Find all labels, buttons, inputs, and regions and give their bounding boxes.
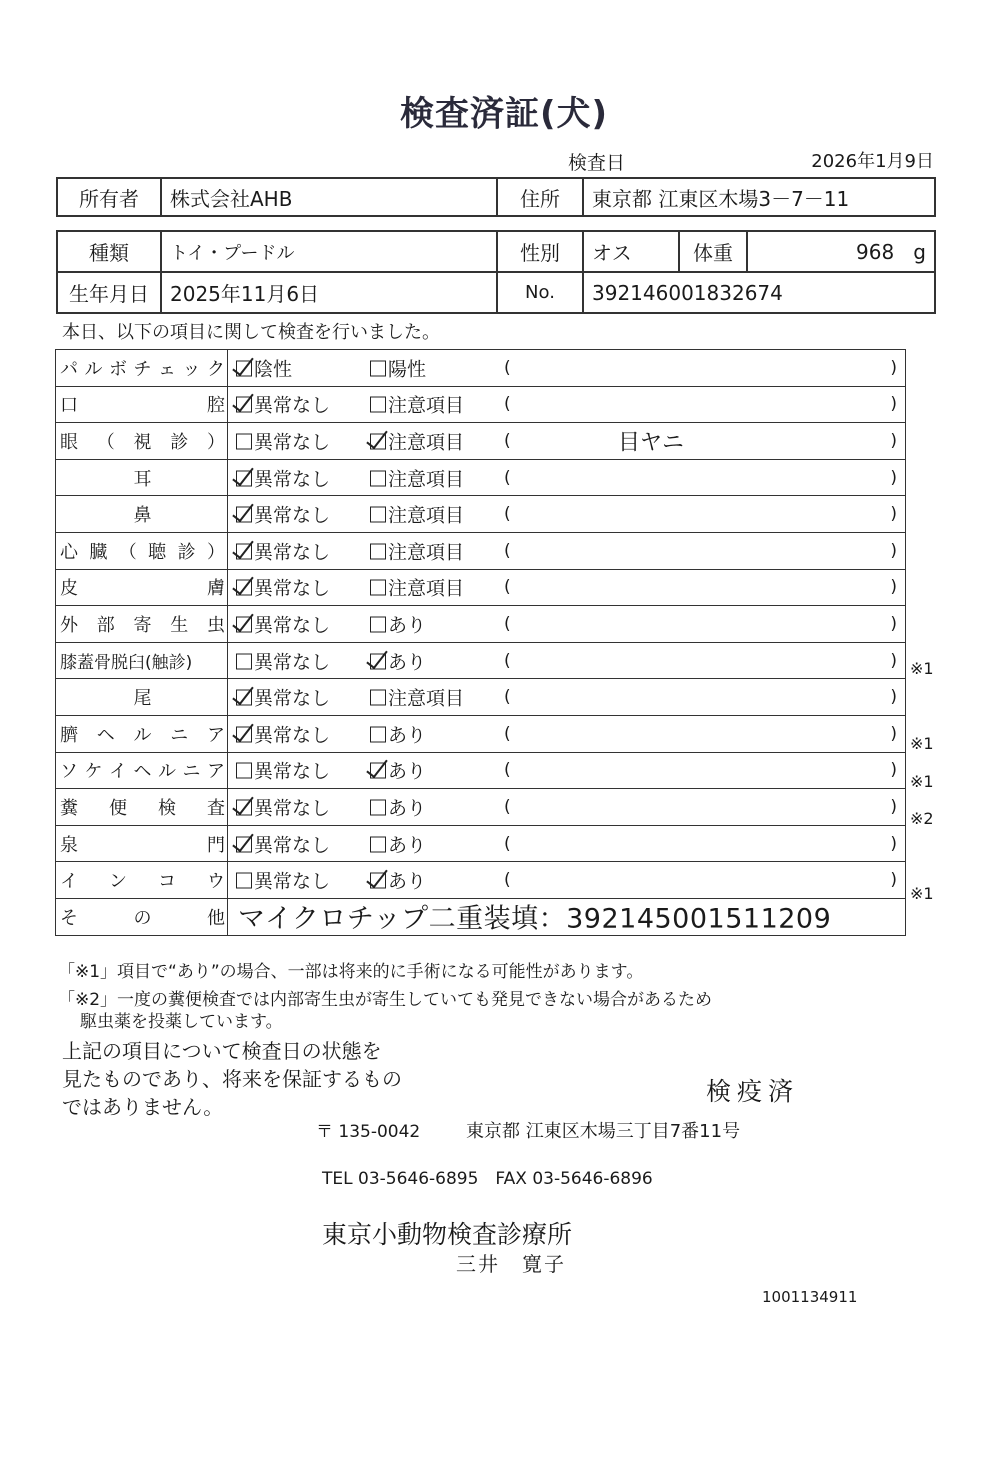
- checklist-options: 異常なしあり(): [228, 789, 906, 826]
- checkbox-label: あり: [388, 614, 426, 636]
- checkbox-option[interactable]: 異常なし: [236, 610, 330, 637]
- checkbox-label: あり: [388, 871, 426, 893]
- checkbox-option[interactable]: 注意項目: [370, 537, 464, 564]
- checkbox-label: 陽性: [388, 358, 426, 380]
- sex-value: オス: [583, 231, 679, 272]
- remark-paren-close: ): [890, 358, 897, 378]
- checklist-row: 尾異常なし注意項目(): [56, 679, 906, 716]
- checkbox-checked-icon[interactable]: [236, 360, 252, 376]
- checklist-row: 鼻異常なし注意項目(): [56, 496, 906, 533]
- checklist-row: 臍ヘルニア異常なしあり(): [56, 715, 906, 752]
- checklist-item-label: その他: [56, 898, 228, 935]
- checkbox-checked-icon[interactable]: [236, 580, 252, 596]
- item-label-char: ）: [207, 538, 225, 564]
- weight-unit: g: [913, 240, 926, 264]
- checkbox-option[interactable]: 注意項目: [370, 391, 464, 418]
- item-label-char: 聴: [148, 538, 166, 564]
- remark-paren-open: (: [504, 724, 511, 744]
- checkbox-option[interactable]: あり: [370, 610, 426, 637]
- checkbox-option[interactable]: 異常なし: [236, 793, 330, 820]
- checklist-options: 異常なし注意項目(): [228, 496, 906, 533]
- checkbox-label: 異常なし: [254, 651, 330, 673]
- remark-paren-open: (: [504, 504, 511, 524]
- item-label-char: （: [97, 428, 115, 454]
- checkbox-empty-icon[interactable]: [236, 763, 252, 779]
- item-label-char: の: [134, 904, 152, 930]
- checklist-item-label: 口腔: [56, 386, 228, 423]
- checkbox-option[interactable]: 注意項目: [370, 574, 464, 601]
- owner-table: 所有者 株式会社AHB 住所 東京都 江東区木場3－7－11: [56, 177, 936, 217]
- item-label-char: 糞: [60, 794, 78, 820]
- item-label-char: イ: [60, 867, 78, 893]
- checkbox-label: 異常なし: [254, 834, 330, 856]
- checkbox-label: 異常なし: [254, 541, 330, 563]
- checkbox-label: 異常なし: [254, 431, 330, 453]
- checkbox-option[interactable]: 異常なし: [236, 720, 330, 747]
- checkbox-option[interactable]: あり: [370, 867, 426, 894]
- checkbox-option[interactable]: 異常なし: [236, 574, 330, 601]
- checkbox-label: 異常なし: [254, 761, 330, 783]
- weight-label: 体重: [679, 231, 747, 272]
- checkbox-option[interactable]: 異常なし: [236, 427, 330, 454]
- checkbox-empty-icon[interactable]: [370, 580, 386, 596]
- item-label-char: ソ: [60, 757, 78, 783]
- checklist-row: 糞便検査異常なしあり(): [56, 789, 906, 826]
- checkbox-label: 注意項目: [388, 468, 464, 490]
- footnote-marker: ※1: [910, 659, 934, 678]
- checklist-item-label: 鼻: [56, 496, 228, 533]
- checkbox-checked-icon[interactable]: [370, 873, 386, 889]
- checkbox-empty-icon[interactable]: [370, 690, 386, 706]
- checklist-item-label: 糞便検査: [56, 789, 228, 826]
- sex-label: 性別: [497, 231, 583, 272]
- checkbox-empty-icon[interactable]: [370, 470, 386, 486]
- checkbox-label: あり: [388, 651, 426, 673]
- checkbox-checked-icon[interactable]: [236, 690, 252, 706]
- remark-paren-close: ): [890, 687, 897, 707]
- checklist-row: 口腔異常なし注意項目(): [56, 386, 906, 423]
- remark-paren-close: ): [890, 870, 897, 890]
- checklist-item-label: 皮膚: [56, 569, 228, 606]
- checklist-options: 異常なし注意項目(): [228, 569, 906, 606]
- item-label-char: ヘ: [97, 721, 115, 747]
- item-label-char: チ: [134, 355, 152, 381]
- item-label-char: ケ: [85, 757, 103, 783]
- item-label-char: 診: [170, 428, 188, 454]
- checklist-item-label: 臍ヘルニア: [56, 715, 228, 752]
- footnote-marker: ※1: [910, 884, 934, 903]
- checklist-item-label: 泉門: [56, 825, 228, 862]
- remark-paren-open: (: [504, 651, 511, 671]
- item-label-char: 生: [170, 611, 188, 637]
- checklist-row: 泉門異常なしあり(): [56, 825, 906, 862]
- remark-paren-open: (: [504, 431, 511, 451]
- item-label-char: 膝蓋骨脱臼(触診): [60, 648, 192, 673]
- checkbox-checked-icon[interactable]: [236, 507, 252, 523]
- checkbox-option[interactable]: 注意項目: [370, 684, 464, 711]
- item-label-char: 部: [97, 611, 115, 637]
- remark-paren-open: (: [504, 614, 511, 634]
- checkbox-option[interactable]: 異常なし: [236, 684, 330, 711]
- item-label-char: 診: [178, 538, 196, 564]
- disclaimer-line: 見たものであり、将来を保証するもの: [62, 1065, 402, 1093]
- checklist-options: 異常なしあり(): [228, 606, 906, 643]
- checklist-row: 心臓（聴診）異常なし注意項目(): [56, 532, 906, 569]
- item-label-char: そ: [60, 904, 78, 930]
- item-label-char: ア: [207, 721, 225, 747]
- checkbox-checked-icon[interactable]: [370, 433, 386, 449]
- item-label-char: ク: [207, 355, 225, 381]
- checkbox-label: 異常なし: [254, 797, 330, 819]
- checkbox-checked-icon[interactable]: [236, 616, 252, 632]
- checklist-item-label: 膝蓋骨脱臼(触診): [56, 642, 228, 679]
- remark-paren-close: ): [890, 468, 897, 488]
- other-remarks-text[interactable]: マイクロチップ二重装填：392145001511209: [238, 896, 831, 935]
- clinic-name: 東京小動物検査診療所: [322, 1215, 572, 1251]
- item-label-char: 心: [60, 538, 78, 564]
- item-label-char: 眼: [60, 428, 78, 454]
- document-serial: 1001134911: [762, 1288, 857, 1306]
- owner-value: 株式会社AHB: [161, 178, 497, 216]
- checkbox-empty-icon[interactable]: [370, 507, 386, 523]
- item-label-char: ア: [207, 757, 225, 783]
- checklist-item-label: インコウ: [56, 862, 228, 899]
- other-remarks: マイクロチップ二重装填：392145001511209: [228, 898, 906, 935]
- checkbox-checked-icon[interactable]: [236, 470, 252, 486]
- checkbox-empty-icon[interactable]: [236, 873, 252, 889]
- pet-table: 種類 トイ・プードル 性別 オス 体重 968 g 生年月日 2025年11月6…: [56, 230, 936, 314]
- remark-paren-close: ): [890, 614, 897, 634]
- item-label-char: ル: [134, 721, 152, 747]
- checkbox-option[interactable]: 異常なし: [236, 757, 330, 784]
- checkbox-option[interactable]: 注意項目: [370, 464, 464, 491]
- remark-paren-close: ): [890, 651, 897, 671]
- checkbox-option[interactable]: あり: [370, 757, 426, 784]
- checklist-row-other: その他マイクロチップ二重装填：392145001511209: [56, 898, 906, 935]
- checkbox-label: 注意項目: [388, 431, 464, 453]
- remark-paren-close: ): [890, 760, 897, 780]
- item-label-char: 膚: [207, 574, 225, 600]
- footnote-marker: ※1: [910, 772, 934, 791]
- address-label: 住所: [497, 178, 583, 216]
- checkbox-empty-icon[interactable]: [236, 653, 252, 669]
- birth-label: 生年月日: [57, 272, 161, 313]
- checkbox-option[interactable]: 陽性: [370, 354, 426, 381]
- remark-paren-close: ): [890, 797, 897, 817]
- disclaimer: 上記の項目について検査日の状態を 見たものであり、将来を保証するもの ではありま…: [62, 1037, 402, 1121]
- item-label-char: 便: [109, 794, 127, 820]
- checkbox-label: 異常なし: [254, 871, 330, 893]
- no-label: No.: [497, 272, 583, 313]
- no-value: 392146001832674: [583, 272, 935, 313]
- checkbox-label: あり: [388, 834, 426, 856]
- remark-paren-open: (: [504, 687, 511, 707]
- checklist-options: 異常なし注意項目(): [228, 386, 906, 423]
- checklist-item-label: 外部寄生虫: [56, 606, 228, 643]
- checkbox-empty-icon[interactable]: [370, 543, 386, 559]
- checklist-options: 異常なし注意項目(目ヤニ): [228, 423, 906, 460]
- checkbox-checked-icon[interactable]: [236, 543, 252, 559]
- checklist-options: 異常なし注意項目(): [228, 679, 906, 716]
- item-label-char: ル: [158, 757, 176, 783]
- remark-paren-close: ): [890, 394, 897, 414]
- breed-value: トイ・プードル: [161, 231, 497, 272]
- remark-paren-open: (: [504, 394, 511, 414]
- checkbox-option[interactable]: 異常なし: [236, 867, 330, 894]
- checkbox-label: あり: [388, 724, 426, 746]
- clinic-tel-fax: TEL 03-5646-6895 FAX 03-5646-6896: [322, 1164, 653, 1189]
- item-label-char: ッ: [183, 355, 201, 381]
- checkbox-label: 注意項目: [388, 395, 464, 417]
- checklist-options: 異常なしあり(): [228, 715, 906, 752]
- inspection-date: 2026年1月9日: [740, 147, 934, 173]
- remark-paren-close: ): [890, 431, 897, 451]
- checkbox-option[interactable]: あり: [370, 793, 426, 820]
- item-label-char: 泉: [60, 831, 78, 857]
- checkbox-empty-icon[interactable]: [370, 360, 386, 376]
- checkbox-empty-icon[interactable]: [236, 433, 252, 449]
- item-label-char: 鼻: [134, 505, 152, 526]
- item-label-char: ル: [85, 355, 103, 381]
- item-label-char: ）: [207, 428, 225, 454]
- checkbox-label: 注意項目: [388, 688, 464, 710]
- item-label-char: 耳: [134, 469, 152, 490]
- checklist-options: 異常なし注意項目(): [228, 459, 906, 496]
- checkbox-label: 異常なし: [254, 468, 330, 490]
- item-label-char: （: [119, 538, 137, 564]
- checkbox-option[interactable]: 異常なし: [236, 537, 330, 564]
- item-label-char: パ: [60, 355, 78, 381]
- checkbox-option[interactable]: 異常なし: [236, 647, 330, 674]
- footnote-1: 「※1」項目で“あり”の場合、一部は将来的に手術になる可能性があります。: [58, 957, 643, 982]
- remark-paren-open: (: [504, 797, 511, 817]
- item-label-char: 外: [60, 611, 78, 637]
- checklist-row: 皮膚異常なし注意項目(): [56, 569, 906, 606]
- checklist-row: パルボチェック陰性陽性(): [56, 350, 906, 387]
- item-label-char: 腔: [207, 391, 225, 417]
- checkbox-option[interactable]: 異常なし: [236, 391, 330, 418]
- checkbox-empty-icon[interactable]: [370, 726, 386, 742]
- checklist-item-label: パルボチェック: [56, 350, 228, 387]
- remark-paren-close: ): [890, 724, 897, 744]
- remark-paren-close: ): [890, 541, 897, 561]
- item-label-char: ニ: [170, 721, 188, 747]
- clinic-address: 東京都 江東区木場三丁目7番11号: [466, 1117, 740, 1143]
- item-label-char: 他: [207, 904, 225, 930]
- checkbox-label: 陰性: [254, 358, 292, 380]
- item-label-char: 臓: [89, 538, 107, 564]
- footnote-marker: ※2: [910, 809, 934, 828]
- item-label-char: ニ: [183, 757, 201, 783]
- item-label-char: ボ: [109, 355, 127, 381]
- footnote-marker: ※1: [910, 734, 934, 753]
- item-label-char: ン: [109, 867, 127, 893]
- remark-paren-open: (: [504, 468, 511, 488]
- checkbox-option[interactable]: 異常なし: [236, 830, 330, 857]
- birth-value: 2025年11月6日: [161, 272, 497, 313]
- weight-value: 968: [856, 240, 894, 264]
- checkbox-option[interactable]: 異常なし: [236, 501, 330, 528]
- checklist-item-label: 耳: [56, 459, 228, 496]
- checkbox-label: あり: [388, 797, 426, 819]
- item-label-char: 寄: [134, 611, 152, 637]
- remark-paren-close: ): [890, 504, 897, 524]
- clinic-person: 三井 寛子: [456, 1248, 566, 1277]
- document-title: 検査済証(犬): [0, 86, 1008, 135]
- checkbox-label: 異常なし: [254, 614, 330, 636]
- remark-paren-open: (: [504, 834, 511, 854]
- checkbox-option[interactable]: 注意項目: [370, 501, 464, 528]
- checkbox-option[interactable]: 陰性: [236, 354, 292, 381]
- checkbox-label: 注意項目: [388, 541, 464, 563]
- intro-text: 本日、以下の項目に関して検査を行いました。: [62, 318, 440, 344]
- item-label-char: 臍: [60, 721, 78, 747]
- remark-paren-close: ): [890, 834, 897, 854]
- checkbox-label: 異常なし: [254, 395, 330, 417]
- checklist-row: 耳異常なし注意項目(): [56, 459, 906, 496]
- clinic-postal-code: 〒 135-0042: [316, 1117, 420, 1142]
- checklist-options: 異常なしあり(): [228, 642, 906, 679]
- checkbox-empty-icon[interactable]: [370, 397, 386, 413]
- checklist-options: 異常なし注意項目(): [228, 532, 906, 569]
- item-label-char: 口: [60, 391, 78, 417]
- checkbox-checked-icon[interactable]: [236, 726, 252, 742]
- item-label-char: ウ: [207, 867, 225, 893]
- checkbox-checked-icon[interactable]: [236, 799, 252, 815]
- checklist-options: 異常なしあり(): [228, 752, 906, 789]
- checkbox-label: 異常なし: [254, 578, 330, 600]
- checkbox-option[interactable]: 異常なし: [236, 464, 330, 491]
- checkbox-label: 注意項目: [388, 505, 464, 527]
- checkbox-option[interactable]: 注意項目: [370, 427, 464, 454]
- checklist-row: ソケイヘルニア異常なしあり(): [56, 752, 906, 789]
- checkbox-label: 異常なし: [254, 688, 330, 710]
- item-label-char: ヘ: [134, 757, 152, 783]
- checklist-row: 膝蓋骨脱臼(触診)異常なしあり(): [56, 642, 906, 679]
- checkbox-option[interactable]: あり: [370, 647, 426, 674]
- checklist-table: パルボチェック陰性陽性()口腔異常なし注意項目()眼（視診）異常なし注意項目(目…: [55, 349, 906, 936]
- checkbox-checked-icon[interactable]: [370, 653, 386, 669]
- remark-text[interactable]: 目ヤニ: [618, 425, 684, 456]
- checklist-options: 異常なしあり(): [228, 862, 906, 899]
- owner-label: 所有者: [57, 178, 161, 216]
- checklist-item-label: 眼（視診）: [56, 423, 228, 460]
- item-label-char: 検: [158, 794, 176, 820]
- remark-paren-open: (: [504, 760, 511, 780]
- breed-label: 種類: [57, 231, 161, 272]
- remark-paren-open: (: [504, 870, 511, 890]
- weight-cell: 968 g: [747, 231, 935, 272]
- item-label-char: 門: [207, 831, 225, 857]
- checklist-item-label: 尾: [56, 679, 228, 716]
- disclaimer-line: 上記の項目について検査日の状態を: [62, 1037, 402, 1065]
- checkbox-empty-icon[interactable]: [370, 799, 386, 815]
- item-label-char: 査: [207, 794, 225, 820]
- checkbox-label: あり: [388, 761, 426, 783]
- checkbox-checked-icon[interactable]: [236, 397, 252, 413]
- checklist-row: 眼（視診）異常なし注意項目(目ヤニ): [56, 423, 906, 460]
- checkbox-label: 異常なし: [254, 724, 330, 746]
- item-label-char: コ: [158, 867, 176, 893]
- remark-paren-open: (: [504, 358, 511, 378]
- checklist-options: 陰性陽性(): [228, 350, 906, 387]
- checkbox-checked-icon[interactable]: [236, 836, 252, 852]
- quarantine-stamp: 検疫済: [706, 1072, 799, 1108]
- item-label-char: 皮: [60, 574, 78, 600]
- checklist-item-label: 心臓（聴診）: [56, 532, 228, 569]
- inspection-date-label: 検査日: [568, 148, 625, 175]
- checklist-item-label: ソケイヘルニア: [56, 752, 228, 789]
- item-label-char: イ: [109, 757, 127, 783]
- item-label-char: 虫: [207, 611, 225, 637]
- checkbox-label: 異常なし: [254, 505, 330, 527]
- checkbox-option[interactable]: あり: [370, 720, 426, 747]
- footnote-2-continued: 駆虫薬を投薬しています。: [80, 1007, 283, 1032]
- checkbox-checked-icon[interactable]: [370, 763, 386, 779]
- item-label-char: 尾: [134, 688, 152, 709]
- remark-paren-open: (: [504, 577, 511, 597]
- checklist-options: 異常なしあり(): [228, 825, 906, 862]
- checkbox-empty-icon[interactable]: [370, 616, 386, 632]
- address-value: 東京都 江東区木場3－7－11: [583, 178, 935, 216]
- checkbox-label: 注意項目: [388, 578, 464, 600]
- remark-paren-close: ): [890, 577, 897, 597]
- checklist-row: 外部寄生虫異常なしあり(): [56, 606, 906, 643]
- checkbox-option[interactable]: あり: [370, 830, 426, 857]
- checkbox-empty-icon[interactable]: [370, 836, 386, 852]
- checklist-row: インコウ異常なしあり(): [56, 862, 906, 899]
- item-label-char: 視: [134, 428, 152, 454]
- remark-paren-open: (: [504, 541, 511, 561]
- item-label-char: ェ: [158, 355, 176, 381]
